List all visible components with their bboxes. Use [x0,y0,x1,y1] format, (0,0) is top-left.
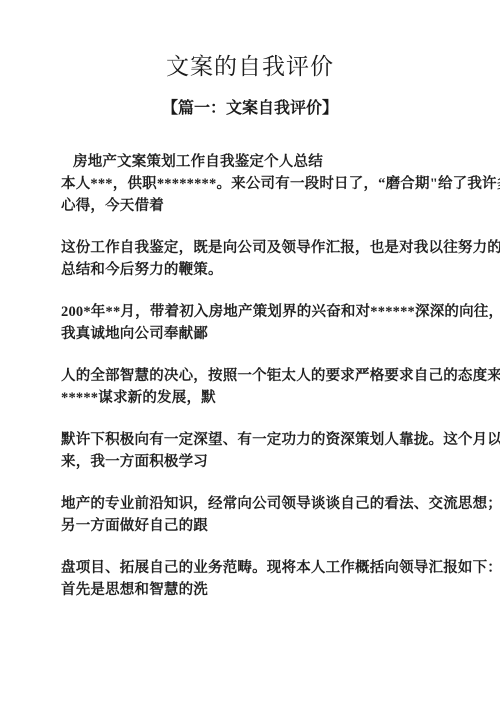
paragraph-line: 我真诚地向公司奉献鄙 [61,323,460,345]
paragraph-line: 200*年**月，带着初入房地产策划界的兴奋和对******深深的向往， [61,301,460,323]
paragraph: 默许下积极向有一定深望、有一定功力的资深策划人靠拢。这个月以 来，我一方面积极学… [61,429,460,473]
paragraph-line: 默许下积极向有一定深望、有一定功力的资深策划人靠拢。这个月以 [61,429,460,451]
page-title: 文案的自我评价 [0,52,500,82]
paragraph-line: 另一方面做好自己的跟 [61,515,460,537]
paragraph: 这份工作自我鉴定，既是向公司及领导作汇报，也是对我以往努力的 总结和今后努力的鞭… [61,237,460,281]
section-subtitle: 【篇一：文案自我评价】 [0,98,500,120]
paragraph-line: 本人***，供职********。来公司有一段时日了，“磨合期"给了我许多 [61,173,460,195]
paragraph-line: 盘项目、拓展自己的业务范畴。现将本人工作概括向领导汇报如下： [61,557,460,579]
paragraph: 房地产文案策划工作自我鉴定个人总结 本人***，供职********。来公司有一… [61,151,460,217]
paragraph-line: 人的全部智慧的决心，按照一个钜太人的要求严格要求自己的态度来 [61,365,460,387]
paragraph: 人的全部智慧的决心，按照一个钜太人的要求严格要求自己的态度来 *****谋求新的… [61,365,460,409]
paragraph-line: 总结和今后努力的鞭策。 [61,259,460,281]
paragraph: 地产的专业前沿知识，经常向公司领导谈谈自己的看法、交流思想； 另一方面做好自己的… [61,493,460,537]
paragraph-line: *****谋求新的发展，默 [61,387,460,409]
paragraph: 200*年**月，带着初入房地产策划界的兴奋和对******深深的向往， 我真诚… [61,301,460,345]
paragraph-line: 这份工作自我鉴定，既是向公司及领导作汇报，也是对我以往努力的 [61,237,460,259]
paragraph-line: 房地产文案策划工作自我鉴定个人总结 [61,151,460,173]
paragraph-line: 首先是思想和智慧的洗 [61,579,460,601]
paragraph-line: 地产的专业前沿知识，经常向公司领导谈谈自己的看法、交流思想； [61,493,460,515]
paragraph-line: 心得，今天借着 [61,195,460,217]
document-page: 文案的自我评价 【篇一：文案自我评价】 房地产文案策划工作自我鉴定个人总结 本人… [0,0,500,707]
paragraph-line: 来，我一方面积极学习 [61,451,460,473]
paragraph: 盘项目、拓展自己的业务范畴。现将本人工作概括向领导汇报如下： 首先是思想和智慧的… [61,557,460,601]
document-body: 房地产文案策划工作自我鉴定个人总结 本人***，供职********。来公司有一… [0,151,500,601]
